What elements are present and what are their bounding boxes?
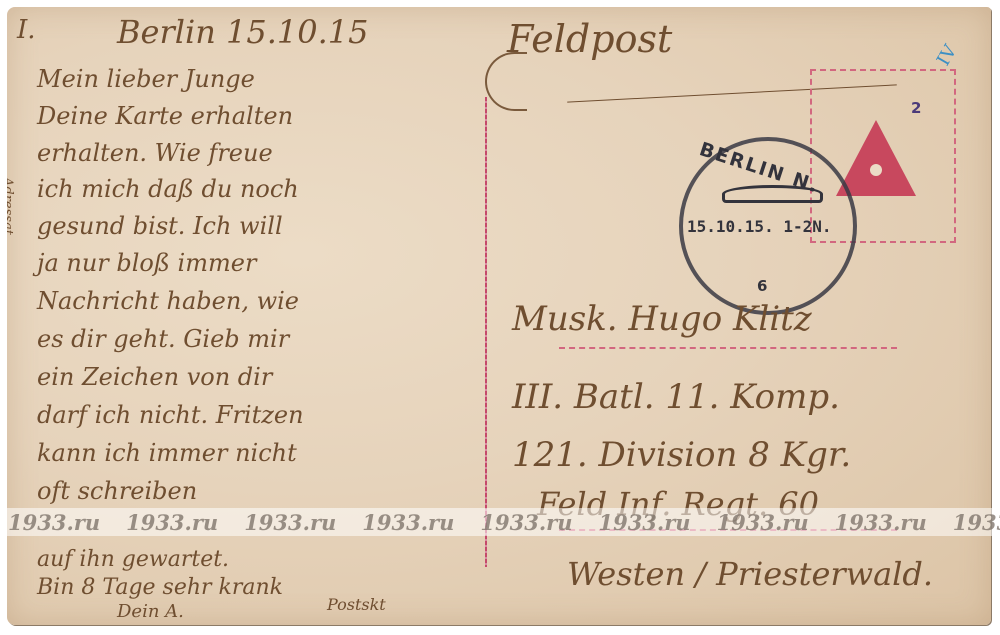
message-line: Bin 8 Tage sehr krank: [37, 575, 283, 600]
message-line: ja nur bloß immer: [37, 249, 256, 277]
blue-pencil-mark: IV: [933, 42, 961, 70]
watermark-text: 1933.ru: [953, 510, 1000, 535]
message-line: es dir geht. Gieb mir: [37, 325, 289, 353]
address-line: III. Batl. 11. Komp.: [512, 377, 840, 417]
watermark-text: 1933.ru: [244, 510, 336, 535]
margin-note: Adressat: [7, 177, 15, 235]
message-line: Deine Karte erhalten: [37, 102, 293, 130]
message-line: auf ihn gewartet.: [37, 547, 229, 572]
triangle-dot-icon: [870, 164, 882, 176]
stamp-number: 2: [911, 99, 921, 117]
watermark-text: 1933.ru: [717, 510, 809, 535]
message-line: ich mich daß du noch: [37, 175, 299, 203]
address-rule: [559, 347, 897, 350]
message-line: Mein lieber Junge: [37, 65, 255, 93]
message-line: darf ich nicht. Fritzen: [37, 401, 304, 429]
address-line: 121. Division 8 Kgr.: [512, 435, 851, 475]
watermark-band: 1933.ru 1933.ru 1933.ru 1933.ru 1933.ru …: [0, 508, 1000, 536]
postmark-bar: [722, 185, 823, 203]
message-line: erhalten. Wie freue: [37, 139, 273, 167]
postscript-note: Postskt: [327, 595, 386, 614]
postmark-date: 15.10.15. 1-2N.: [687, 217, 832, 236]
message-line: Nachricht haben, wie: [37, 287, 299, 315]
watermark-text: 1933.ru: [480, 510, 572, 535]
address-line: Westen / Priesterwald.: [567, 555, 933, 593]
feldpost-heading: Feldpost: [507, 17, 672, 61]
postmark-district: 6: [757, 277, 767, 295]
place-date: Berlin 15.10.15: [117, 13, 369, 51]
message-line: ein Zeichen von dir: [37, 363, 272, 391]
address-line: Musk. Hugo Klitz: [512, 299, 812, 339]
message-line: gesund bist. Ich will: [37, 212, 283, 240]
card-divider: [485, 97, 487, 567]
watermark-text: 1933.ru: [598, 510, 690, 535]
watermark-text: 1933.ru: [126, 510, 218, 535]
watermark-text: 1933.ru: [8, 510, 100, 535]
triangle-icon: [836, 120, 916, 196]
message-line: oft schreiben: [37, 477, 197, 505]
signature: Dein A.: [117, 601, 184, 622]
watermark-text: 1933.ru: [362, 510, 454, 535]
watermark-text: 1933.ru: [835, 510, 927, 535]
message-line: kann ich immer nicht: [37, 439, 297, 467]
page-marker: I.: [17, 15, 36, 45]
